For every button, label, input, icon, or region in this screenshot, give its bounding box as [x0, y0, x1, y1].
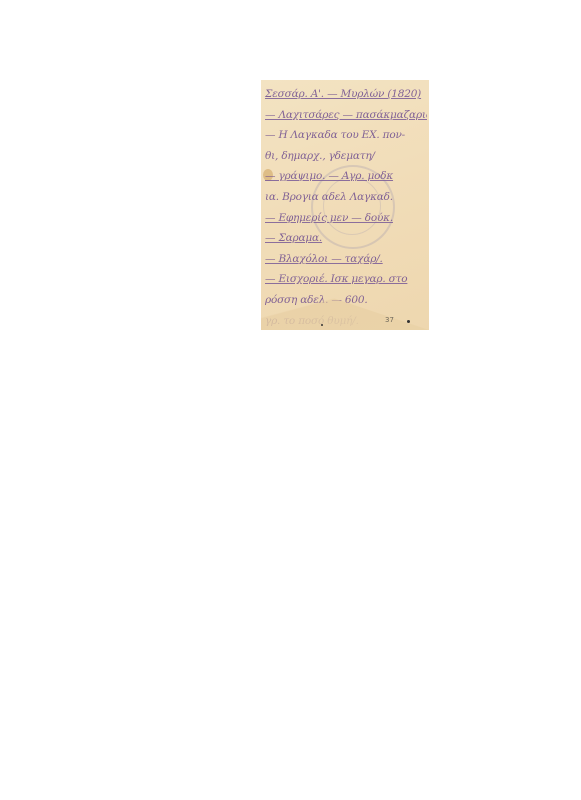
note-line: Σεσσάρ. Α'. — Μυρλών (1820) — [265, 84, 427, 105]
note-line: θι, δημαρχ., γδεματη/ — [265, 146, 427, 167]
note-line: — Σαραμα. — [265, 228, 427, 249]
note-line: — Εφημερίς μεν — δούκ. — [265, 208, 427, 229]
ink-speck — [407, 320, 410, 323]
page-canvas: Σεσσάρ. Α'. — Μυρλών (1820) — Λαχιτσάρες… — [0, 0, 581, 800]
note-line: ια. Βρογια αδελ Λαγκαδ. — [265, 187, 427, 208]
page-number: 37 — [385, 316, 394, 324]
handwritten-note: Σεσσάρ. Α'. — Μυρλών (1820) — Λαχιτσάρες… — [261, 80, 429, 330]
note-line: — Λαχιτσάρες — πασάκμαζαρια — [265, 105, 427, 126]
note-line: — γράψιμο. — Αγρ. μοδκ — [265, 166, 427, 187]
note-line: — Βλαχόλοι — ταχάρ/. — [265, 249, 427, 270]
ink-speck — [321, 324, 323, 326]
note-line: — Η Λαγκαδα του ΕΧ. πον- — [265, 125, 427, 146]
